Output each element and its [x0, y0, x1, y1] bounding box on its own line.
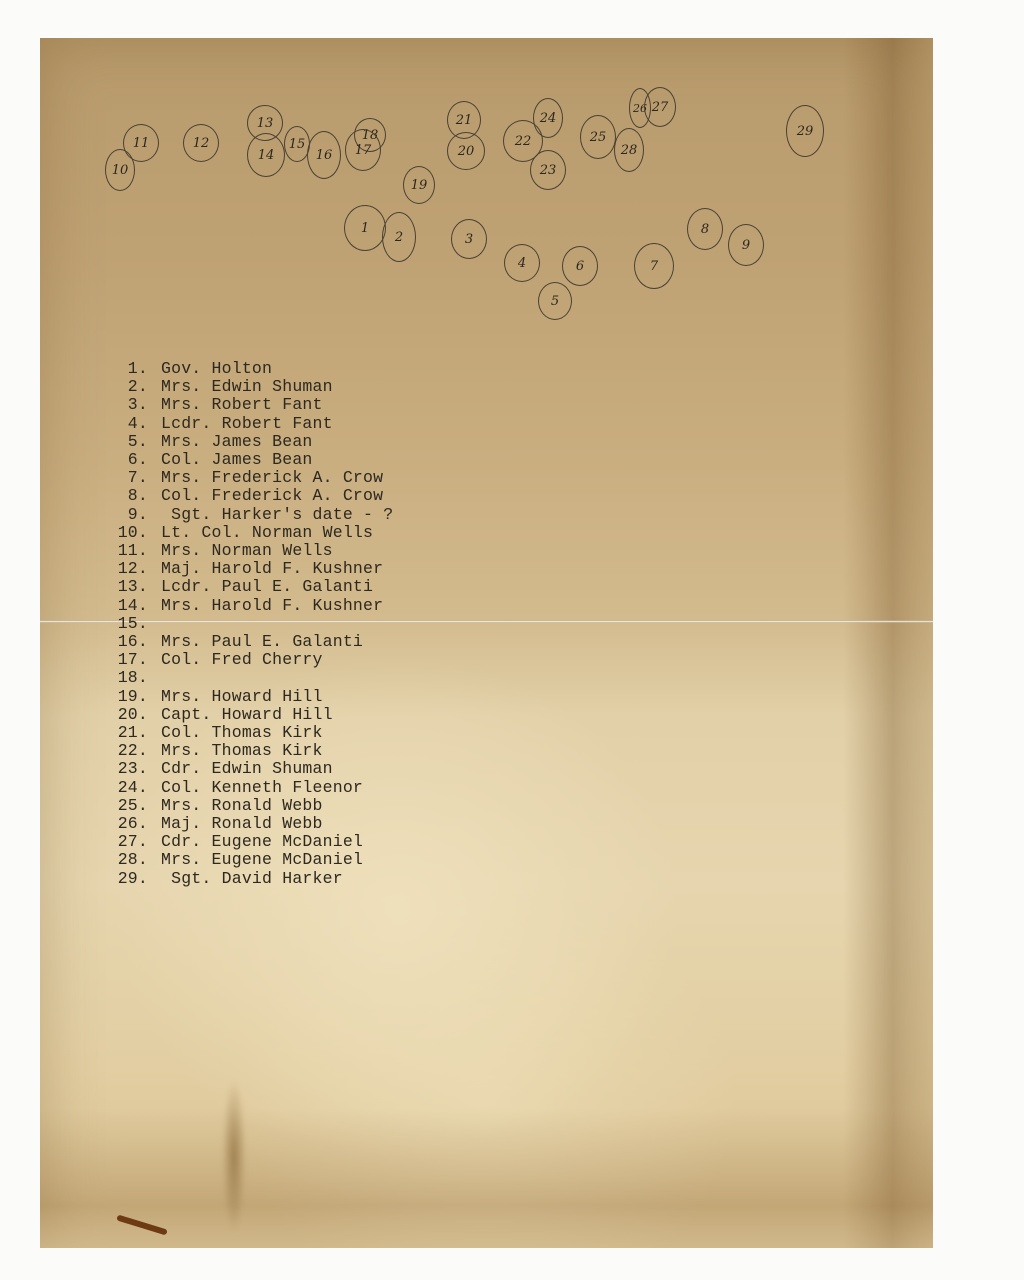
guest-list-item: 27.Cdr. Eugene McDaniel — [102, 833, 393, 851]
guest-name: Col. Kenneth Fleenor — [153, 779, 363, 797]
guest-list-item: 22.Mrs. Thomas Kirk — [102, 742, 393, 760]
guest-list-item: 26.Maj. Ronald Webb — [102, 815, 393, 833]
guest-name: Cdr. Eugene McDaniel — [153, 833, 363, 851]
guest-name: Mrs. Edwin Shuman — [153, 378, 333, 396]
guest-number: 4. — [102, 415, 153, 433]
seat-circle: 17 — [345, 129, 381, 171]
guest-name — [153, 669, 161, 687]
guest-list-item: 16.Mrs. Paul E. Galanti — [102, 633, 393, 651]
guest-name: Col. Thomas Kirk — [153, 724, 323, 742]
guest-list-item: 19.Mrs. Howard Hill — [102, 688, 393, 706]
guest-list-item: 3.Mrs. Robert Fant — [102, 396, 393, 414]
guest-name: Capt. Howard Hill — [153, 706, 333, 724]
seat-circle: 28 — [614, 128, 644, 172]
guest-list-item: 8.Col. Frederick A. Crow — [102, 487, 393, 505]
guest-number: 19. — [102, 688, 153, 706]
guest-number: 15. — [102, 615, 153, 633]
guest-list-item: 14.Mrs. Harold F. Kushner — [102, 597, 393, 615]
guest-name: Mrs. Paul E. Galanti — [153, 633, 363, 651]
guest-name: Mrs. Frederick A. Crow — [153, 469, 383, 487]
seating-diagram: 1 2 3 4 5 6 7 8 9 10 11 12 13 14 15 16 1… — [40, 38, 933, 338]
seat-circle: 3 — [451, 219, 487, 259]
guest-list-item: 28.Mrs. Eugene McDaniel — [102, 851, 393, 869]
guest-number: 1. — [102, 360, 153, 378]
guest-number: 24. — [102, 779, 153, 797]
guest-list-item: 9. Sgt. Harker's date - ? — [102, 506, 393, 524]
guest-number: 17. — [102, 651, 153, 669]
guest-list-item: 29. Sgt. David Harker — [102, 870, 393, 888]
seat-circle: 12 — [183, 124, 219, 162]
seat-circle: 11 — [123, 124, 159, 162]
guest-number: 9. — [102, 506, 153, 524]
water-stain — [218, 1063, 250, 1248]
document-page: 1 2 3 4 5 6 7 8 9 10 11 12 13 14 15 16 1… — [40, 38, 933, 1248]
guest-name — [153, 615, 161, 633]
guest-name: Mrs. Eugene McDaniel — [153, 851, 363, 869]
guest-list-item: 4.Lcdr. Robert Fant — [102, 415, 393, 433]
guest-list-item: 23.Cdr. Edwin Shuman — [102, 760, 393, 778]
guest-number: 14. — [102, 597, 153, 615]
guest-number: 12. — [102, 560, 153, 578]
guest-number: 18. — [102, 669, 153, 687]
guest-name: Mrs. Howard Hill — [153, 688, 323, 706]
seat-circle: 29 — [786, 105, 824, 157]
guest-list-item: 18. — [102, 669, 393, 687]
guest-name: Lt. Col. Norman Wells — [153, 524, 373, 542]
guest-name: Sgt. David Harker — [153, 870, 343, 888]
guest-name: Sgt. Harker's date - ? — [153, 506, 393, 524]
guest-list-item: 25.Mrs. Ronald Webb — [102, 797, 393, 815]
guest-name: Maj. Harold F. Kushner — [153, 560, 383, 578]
guest-number: 25. — [102, 797, 153, 815]
guest-number: 13. — [102, 578, 153, 596]
guest-list-item: 13.Lcdr. Paul E. Galanti — [102, 578, 393, 596]
seat-circle: 6 — [562, 246, 598, 286]
guest-list-item: 7.Mrs. Frederick A. Crow — [102, 469, 393, 487]
guest-number: 11. — [102, 542, 153, 560]
guest-list: 1.Gov. Holton2.Mrs. Edwin Shuman3.Mrs. R… — [102, 360, 393, 888]
seat-circle: 19 — [403, 166, 435, 204]
guest-number: 27. — [102, 833, 153, 851]
seat-circle: 27 — [644, 87, 676, 127]
seat-circle: 16 — [307, 131, 341, 179]
guest-list-item: 24.Col. Kenneth Fleenor — [102, 779, 393, 797]
guest-number: 2. — [102, 378, 153, 396]
guest-number: 3. — [102, 396, 153, 414]
guest-name: Mrs. Harold F. Kushner — [153, 597, 383, 615]
guest-name: Col. James Bean — [153, 451, 313, 469]
guest-name: Col. Frederick A. Crow — [153, 487, 383, 505]
guest-number: 10. — [102, 524, 153, 542]
guest-number: 16. — [102, 633, 153, 651]
seat-circle: 8 — [687, 208, 723, 250]
guest-name: Mrs. Ronald Webb — [153, 797, 323, 815]
seat-circle: 23 — [530, 150, 566, 190]
seat-circle: 7 — [634, 243, 674, 289]
guest-number: 8. — [102, 487, 153, 505]
seat-circle: 14 — [247, 133, 285, 177]
seat-circle: 9 — [728, 224, 764, 266]
guest-number: 5. — [102, 433, 153, 451]
guest-name: Mrs. Norman Wells — [153, 542, 333, 560]
guest-list-item: 10.Lt. Col. Norman Wells — [102, 524, 393, 542]
guest-number: 26. — [102, 815, 153, 833]
seat-circle: 20 — [447, 132, 485, 170]
guest-list-item: 5.Mrs. James Bean — [102, 433, 393, 451]
guest-number: 20. — [102, 706, 153, 724]
seat-circle: 2 — [382, 212, 416, 262]
guest-name: Lcdr. Robert Fant — [153, 415, 333, 433]
guest-number: 7. — [102, 469, 153, 487]
guest-list-item: 20.Capt. Howard Hill — [102, 706, 393, 724]
paper-bottom-discoloration — [40, 1108, 933, 1248]
guest-list-item: 6.Col. James Bean — [102, 451, 393, 469]
guest-name: Gov. Holton — [153, 360, 272, 378]
guest-list-item: 11.Mrs. Norman Wells — [102, 542, 393, 560]
guest-name: Mrs. James Bean — [153, 433, 313, 451]
guest-name: Col. Fred Cherry — [153, 651, 323, 669]
guest-name: Mrs. Robert Fant — [153, 396, 323, 414]
rust-mark — [116, 1215, 167, 1236]
seat-circle: 5 — [538, 282, 572, 320]
seat-circle: 1 — [344, 205, 386, 251]
guest-name: Cdr. Edwin Shuman — [153, 760, 333, 778]
guest-list-item: 15. — [102, 615, 393, 633]
guest-name: Mrs. Thomas Kirk — [153, 742, 323, 760]
guest-number: 29. — [102, 870, 153, 888]
guest-list-item: 17.Col. Fred Cherry — [102, 651, 393, 669]
seat-circle: 25 — [580, 115, 616, 159]
guest-list-item: 21.Col. Thomas Kirk — [102, 724, 393, 742]
guest-number: 22. — [102, 742, 153, 760]
guest-list-item: 2.Mrs. Edwin Shuman — [102, 378, 393, 396]
guest-list-item: 12.Maj. Harold F. Kushner — [102, 560, 393, 578]
seat-circle: 24 — [533, 98, 563, 138]
seat-circle: 4 — [504, 244, 540, 282]
guest-list-item: 1.Gov. Holton — [102, 360, 393, 378]
guest-name: Lcdr. Paul E. Galanti — [153, 578, 373, 596]
guest-number: 6. — [102, 451, 153, 469]
guest-number: 21. — [102, 724, 153, 742]
guest-name: Maj. Ronald Webb — [153, 815, 323, 833]
guest-number: 23. — [102, 760, 153, 778]
guest-number: 28. — [102, 851, 153, 869]
